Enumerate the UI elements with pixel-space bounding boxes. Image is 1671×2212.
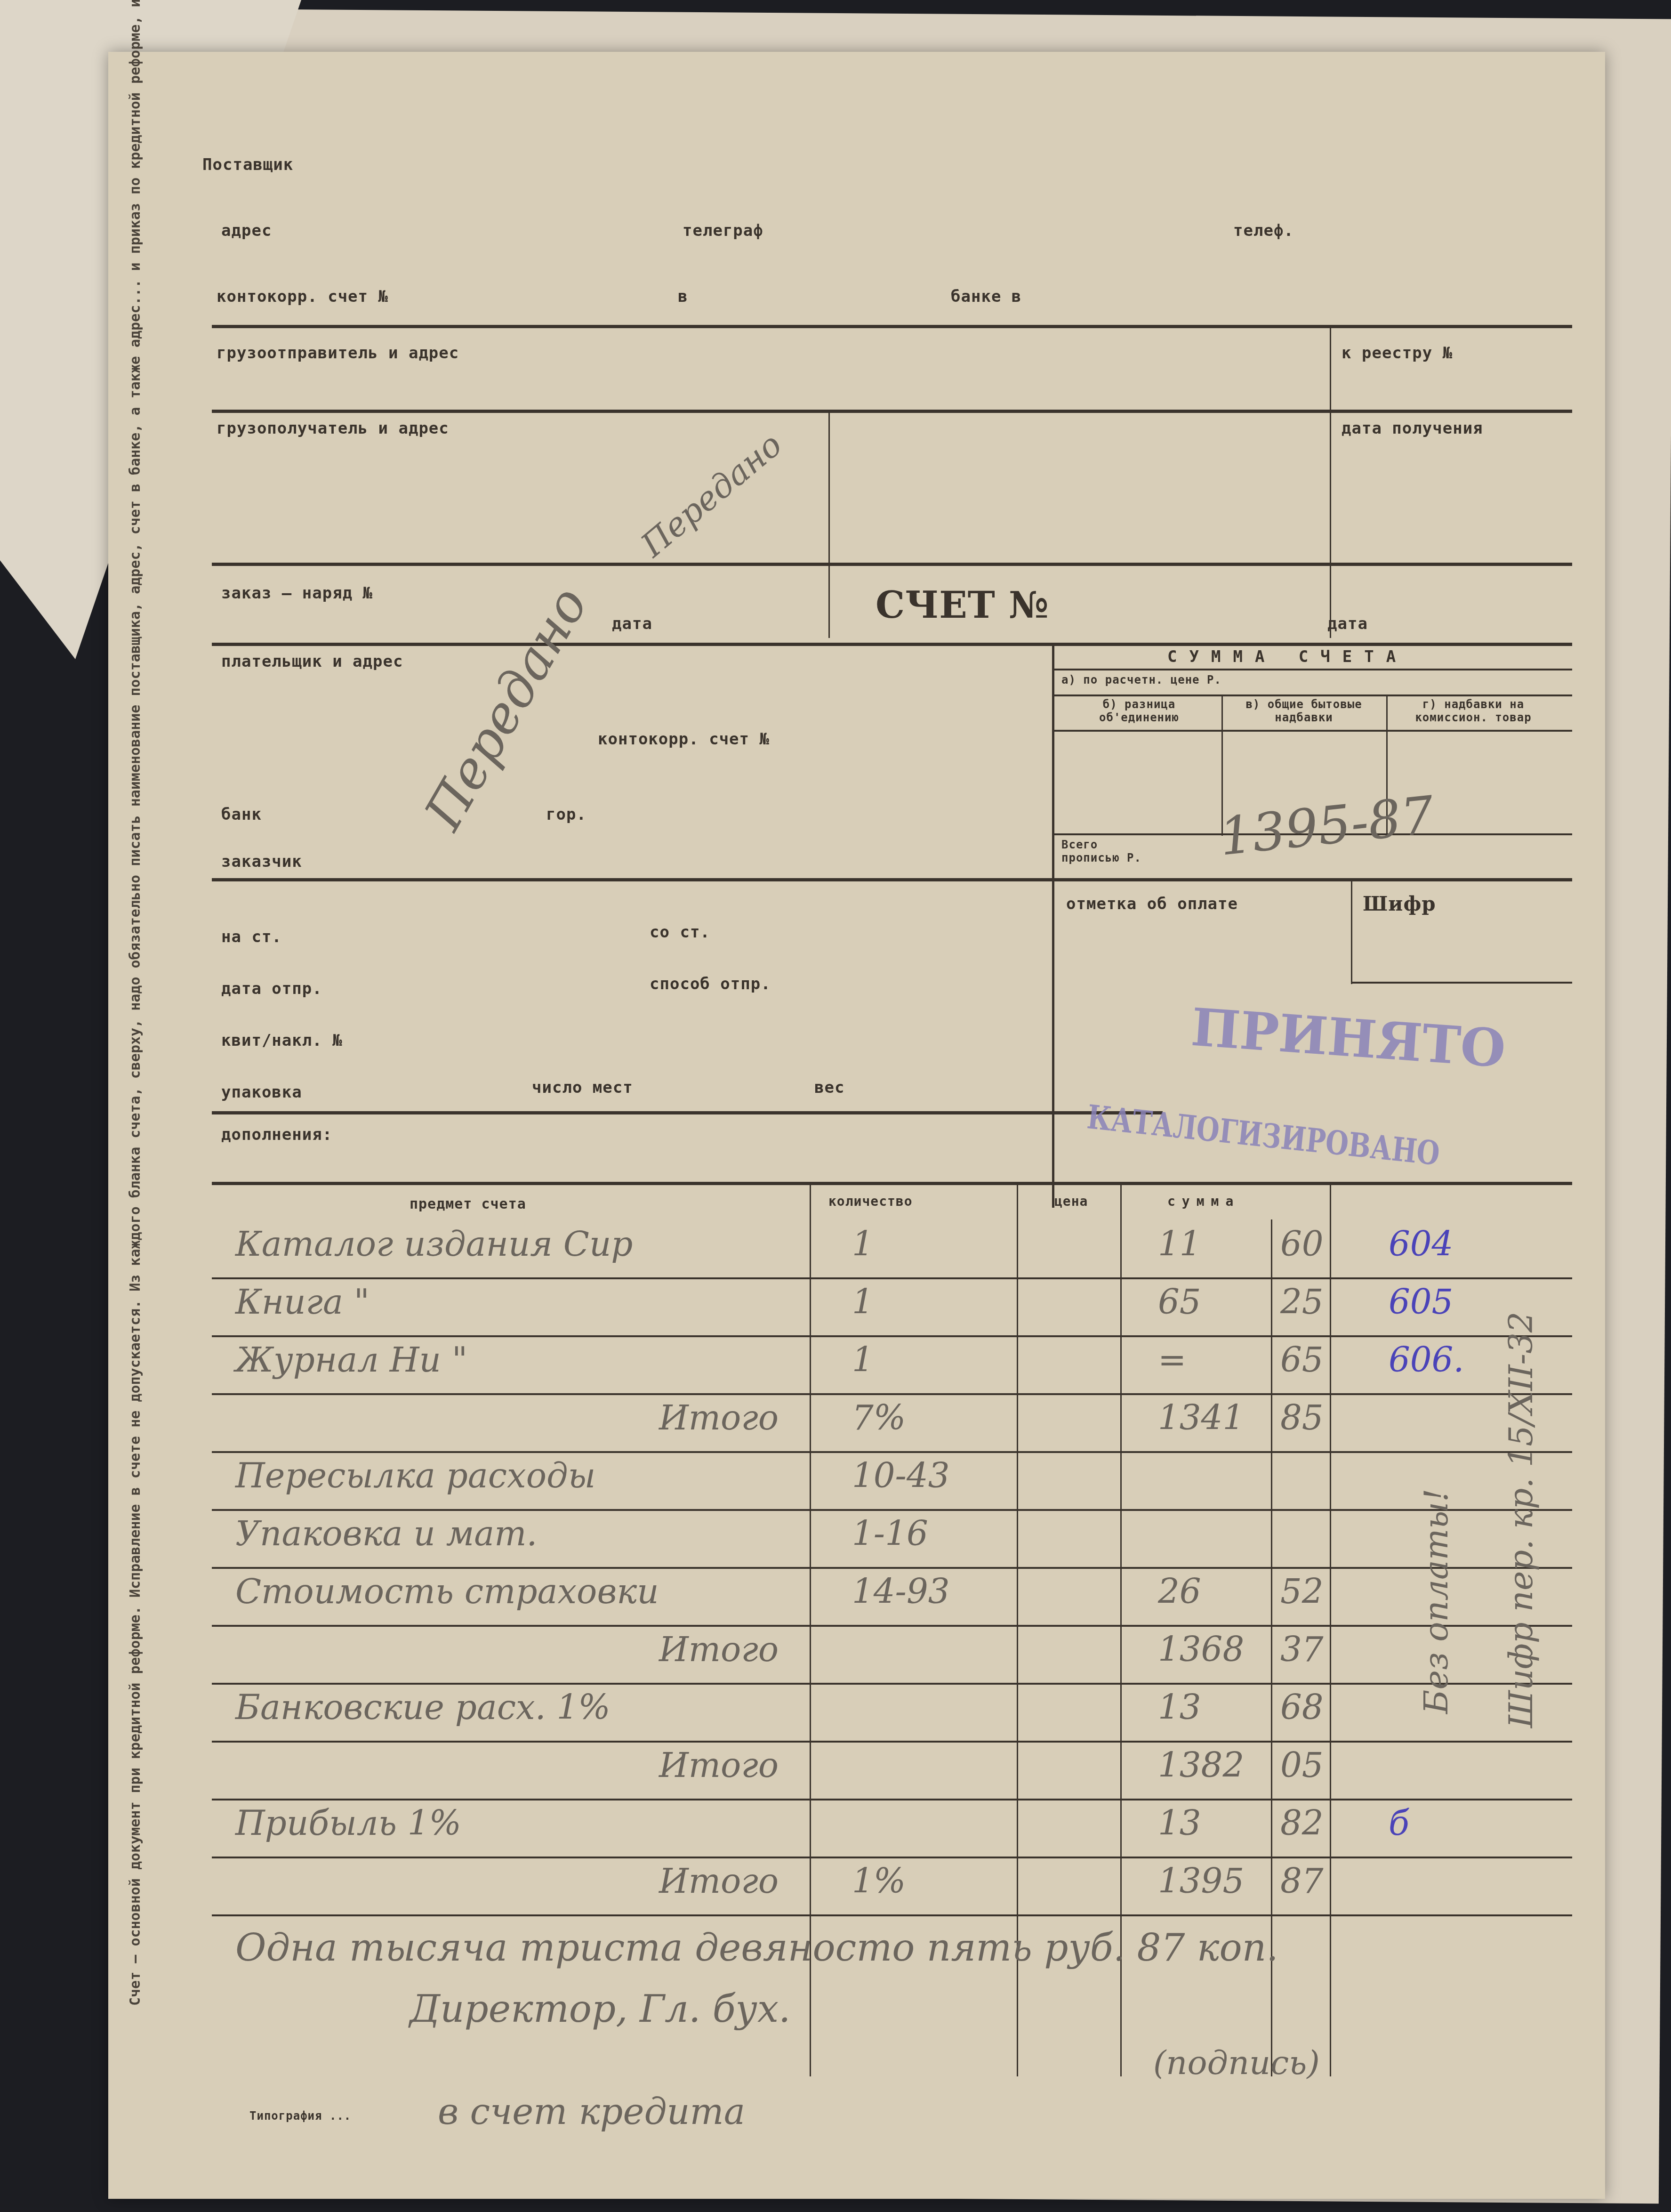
row-note: 604 [1389,1224,1453,1264]
row-note: 606. [1389,1340,1464,1380]
to-station-label: на ст. [221,928,282,946]
row-rub: 26 [1158,1572,1201,1611]
consignee-label: грузополучатель и адрес [217,419,449,438]
row-kop: 82 [1280,1803,1324,1843]
summary-b-label: б) разница об'единению [1061,698,1217,724]
divider [1054,730,1572,732]
handwritten-payer: Передано [413,577,599,840]
cipher-label: Шифр [1363,892,1436,915]
row-kop: 68 [1280,1687,1324,1727]
row-item: Итого [659,1861,779,1901]
row-item: Банковские расх. 1% [235,1687,611,1727]
divider [1351,880,1352,984]
divider [1054,694,1572,696]
row-item: Прибыль 1% [235,1803,461,1843]
row-qty: 14-93 [852,1572,950,1611]
invoice-title: СЧЕТ № [876,584,1049,627]
row-rub: 13 [1158,1803,1201,1843]
row-rub: 1395 [1158,1861,1244,1901]
divider [1054,878,1572,881]
order-label: заказ — наряд № [221,584,373,603]
weight-label: вес [814,1078,844,1097]
city-label: гор. [546,805,586,824]
row-rub: 65 [1158,1282,1201,1322]
row-item: Каталог издания Сир [235,1224,633,1264]
invoice-form: Поставщик адрес телеграф телеф. контокор… [108,52,1605,2199]
row-item: Итого [659,1630,779,1669]
row-kop: 87 [1280,1861,1324,1901]
col-header-sum: сумма [1167,1194,1240,1209]
row-item: Журнал Ни " [235,1340,467,1380]
accepted-stamp: ПРИНЯТО [1189,997,1508,1079]
supplier-label: Поставщик [202,155,293,174]
divider [1330,327,1331,638]
row-qty: 1 [852,1340,874,1380]
bank-label: банке в [951,287,1021,306]
current-account-label: контокорр. счет № [217,287,388,306]
row-divider [212,1741,1572,1743]
right-note-1: Без оплаты! [1417,1489,1455,1714]
divider [212,410,1572,413]
bank-short-label: банк [221,805,262,824]
row-note: б [1389,1803,1409,1843]
row-rub: = [1158,1340,1186,1380]
row-item: Итого [659,1745,779,1785]
phone-label: телеф. [1233,221,1294,240]
row-kop: 05 [1280,1745,1324,1785]
row-kop: 25 [1280,1282,1324,1322]
row-rub: 13 [1158,1687,1201,1727]
row-divider [212,1277,1572,1279]
left-margin-instructions: Счет — основной документ при кредитной р… [127,170,144,2006]
payment-mark-label: отметка об оплате [1066,895,1238,913]
row-divider [212,1451,1572,1453]
row-rub: 11 [1158,1224,1201,1264]
col-header-price: цена [1054,1194,1088,1209]
from-station-label: со ст. [650,923,710,942]
row-qty: 1 [852,1224,874,1264]
row-qty: 1 [852,1282,874,1322]
payer-account-label: контокорр. счет № [598,730,770,749]
divider [1052,643,1054,1208]
telegraph-label: телеграф [683,221,763,240]
row-qty: 1% [852,1861,906,1901]
footer-handwriting: в счет кредита [438,2091,745,2132]
additions-label: дополнения: [221,1125,332,1144]
row-divider [212,1857,1572,1858]
payer-label: плательщик и адрес [221,652,403,671]
invoice-date-label: дата [1327,614,1368,633]
row-divider [212,1799,1572,1800]
ship-date-label: дата отпр. [221,979,322,998]
receipt-date-label: дата получения [1342,419,1483,438]
row-divider [212,1509,1572,1511]
receipt-no-label: квит/накл. № [221,1031,343,1050]
row-divider [212,1914,1572,1916]
row-rub: 1382 [1158,1745,1244,1785]
row-kop: 52 [1280,1572,1324,1611]
divider [212,1111,1163,1114]
row-qty: 1-16 [852,1514,928,1553]
row-kop: 37 [1280,1630,1324,1669]
row-kop: 60 [1280,1224,1324,1264]
row-qty: 7% [852,1398,906,1437]
row-note: 605 [1389,1282,1453,1322]
divider [828,412,830,638]
row-item: Пересылка расходы [235,1456,595,1495]
total-value: 1395-87 [1217,784,1437,867]
row-divider [212,1683,1572,1685]
packaging-label: упаковка [221,1083,302,1102]
row-item: Стоимость страховки [235,1572,659,1611]
row-kop: 65 [1280,1340,1324,1380]
row-rub: 1368 [1158,1630,1244,1669]
summary-c-label: в) общие бытовые надбавки [1226,698,1382,724]
registry-label: к реестру № [1342,344,1459,363]
footer-print: Типография ... [249,2109,351,2123]
row-item: Книга " [235,1282,370,1322]
total-label: Всего прописью Р. [1061,838,1156,864]
divider [212,643,1572,646]
customer-label: заказчик [221,852,302,871]
order-date-label: дата [612,614,652,633]
divider [1054,669,1572,670]
amount-in-words: Одна тысяча триста девяносто пять руб. 8… [235,1926,1278,1970]
row-qty: 10-43 [852,1456,950,1495]
in-label: в [678,287,688,306]
right-note-2: Шифр пер. кр. 15/XII-32 [1502,1312,1540,1728]
row-divider [212,1625,1572,1627]
address-label: адрес [221,221,272,240]
divider [212,1182,1572,1185]
summary-d-label: г) надбавки на комиссион. товар [1391,698,1556,724]
summary-a-label: а) по расчетн. цене Р. [1061,673,1221,686]
col-header-qty: количество [828,1194,913,1209]
shipper-label: грузоотправитель и адрес [217,344,459,363]
row-item: Упаковка и мат. [235,1514,537,1553]
row-divider [212,1393,1572,1395]
col-header-item: предмет счета [410,1196,526,1212]
divider [212,563,1572,566]
places-label: число мест [532,1078,633,1097]
row-divider [212,1335,1572,1337]
handwritten-note: Передано [634,425,789,565]
divider [212,325,1572,328]
row-item: Итого [659,1398,779,1437]
signature: (подпись) [1153,2043,1320,2082]
row-rub: 1341 [1158,1398,1244,1437]
row-divider [212,1567,1572,1569]
signature-line: Директор, Гл. бух. [410,1987,791,2031]
summary-title: СУММА СЧЕТА [1167,647,1408,666]
ship-method-label: способ отпр. [650,975,771,993]
row-kop: 85 [1280,1398,1324,1437]
divider [1330,1182,1331,2076]
catalogued-stamp: КАТАЛОГИЗИРОВАНО [1085,1097,1442,1173]
divider [1351,982,1572,984]
